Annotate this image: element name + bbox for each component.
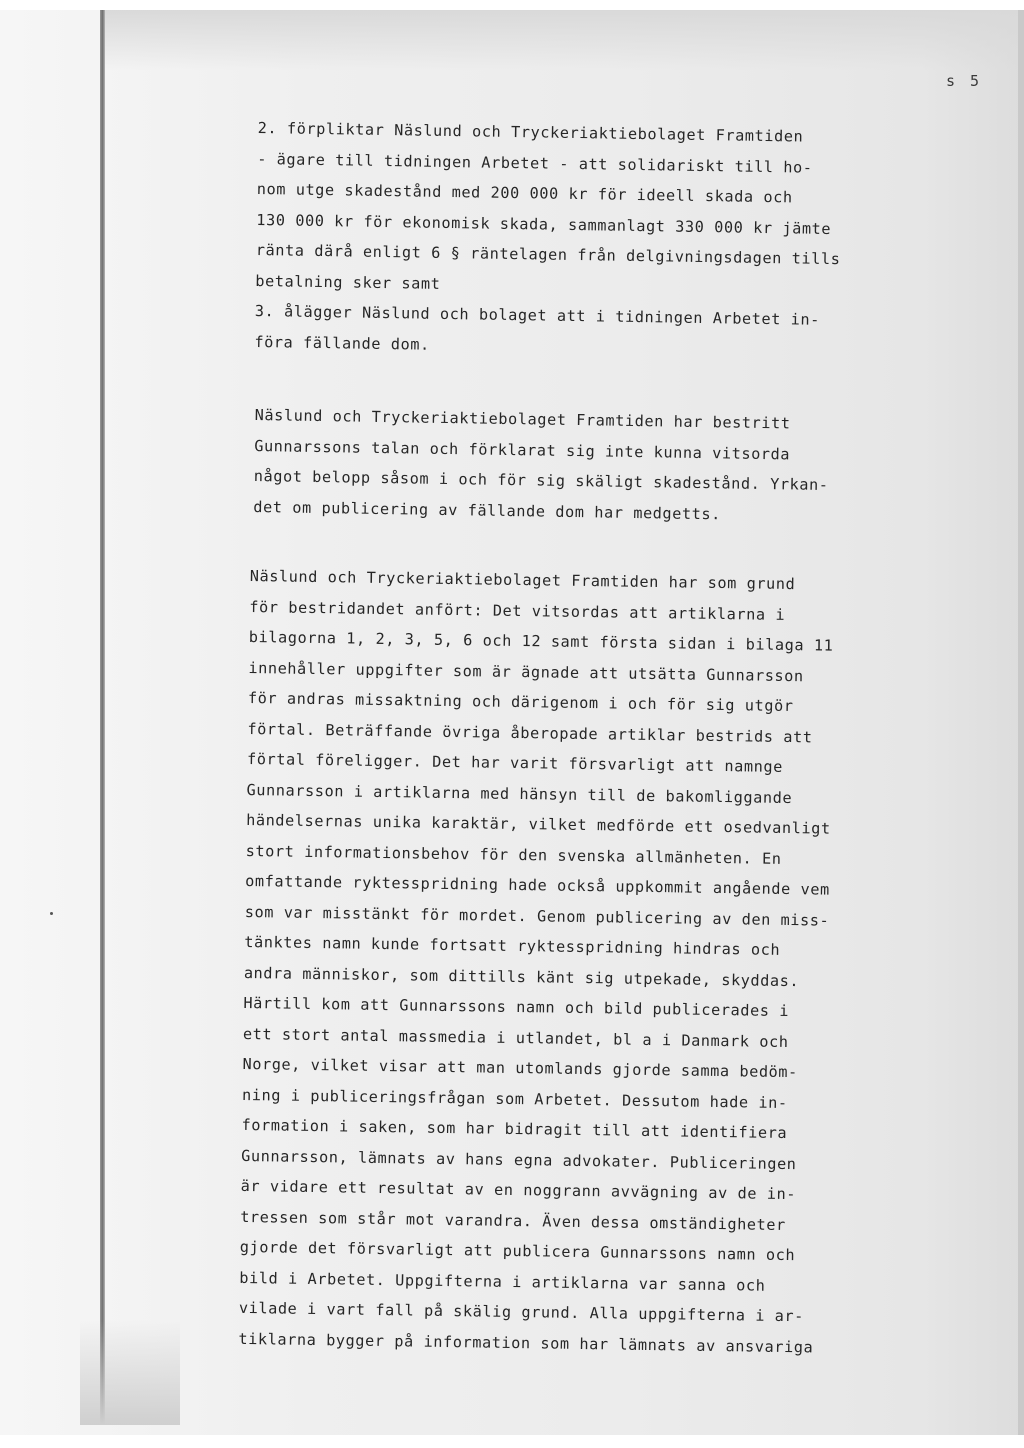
paragraph-dispute: Näslund och Tryckeriaktiebolaget Framtid…: [253, 400, 830, 531]
binding-shadow: [80, 1320, 180, 1425]
paragraph-grounds: Näslund och Tryckeriaktiebolaget Framtid…: [238, 561, 834, 1363]
scan-shadow: [100, 10, 1024, 70]
scan-speck: [50, 912, 53, 915]
page-number: s 5: [946, 72, 982, 90]
paragraph-claims: 2. förpliktar Näslund och Tryckeriaktieb…: [254, 113, 842, 366]
scan-right-edge: [1018, 10, 1024, 1435]
binding-edge: [100, 10, 105, 1425]
